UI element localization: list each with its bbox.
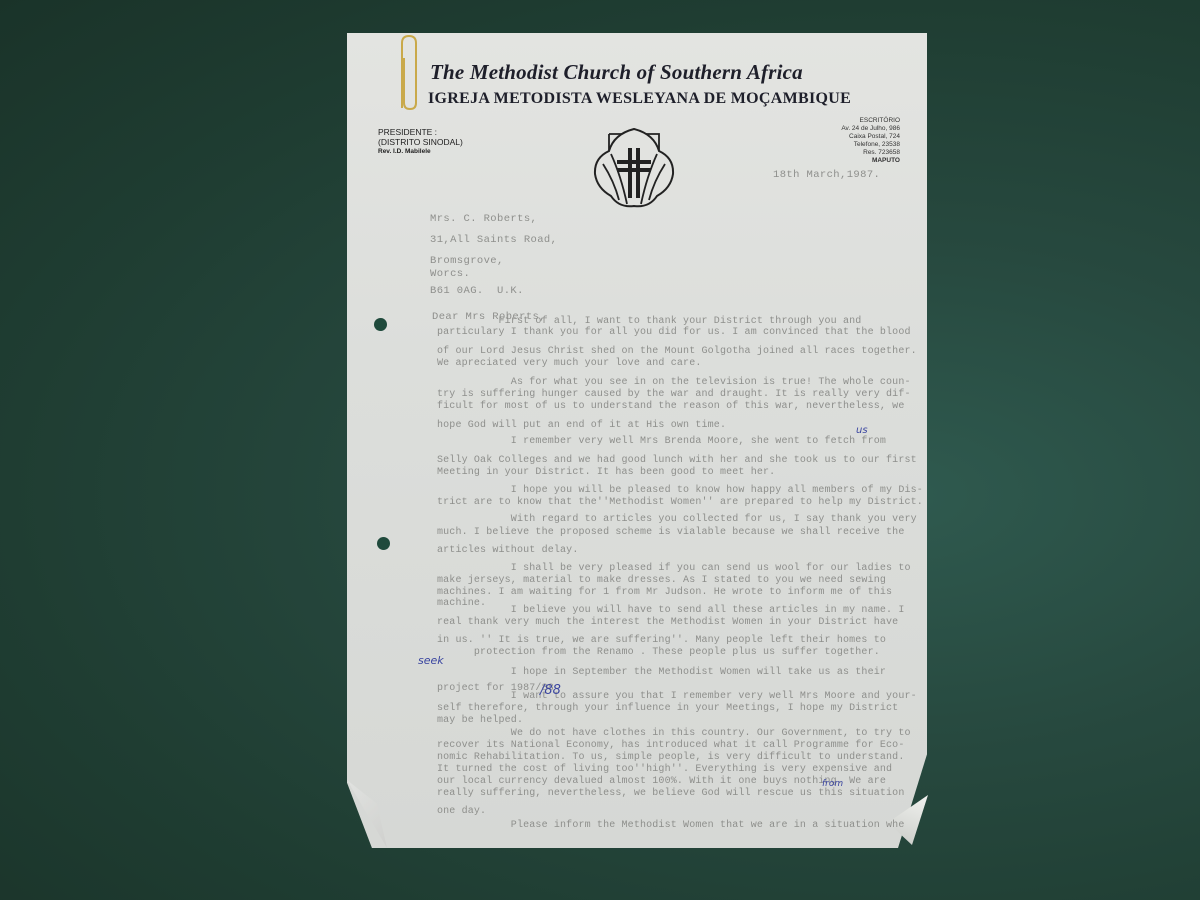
body-line: hope God will put an end of it at His ow… [437,420,726,431]
office-line: Av. 24 de Julho, 986 [790,125,900,133]
paperclip-icon [394,33,424,113]
body-line: As for what you see in on the television… [437,377,911,388]
body-line: ficult for most of us to understand the … [437,401,904,412]
body-line: try is suffering hunger caused by the wa… [437,389,911,400]
body-line: First of all, I want to thank your Distr… [437,316,861,327]
office-label: ESCRITÓRIO [790,117,900,125]
office-line: Caixa Postal, 724 [790,133,900,141]
body-line: articles without delay. [437,545,578,556]
body-line: Meeting in your District. It has been go… [437,467,775,478]
body-line: We do not have clothes in this country. … [437,728,911,739]
letter-date: 18th March,1987. [773,169,880,181]
handwritten-from: from [822,779,843,789]
address-line: Bromsgrove, [430,255,504,267]
body-line: recover its National Economy, has introd… [437,740,904,751]
address-line: 31,All Saints Road, [430,234,557,246]
address-line: Worcs. [430,268,470,280]
president-label: PRESIDENTE : [378,127,463,137]
address-line: Mrs. C. Roberts, [430,213,537,225]
handwritten-us: us [856,425,868,436]
body-line: nomic Rehabilitation. To us, simple peop… [437,752,904,763]
address-line: B61 0AG. U.K. [430,285,524,297]
letterhead-subtitle: IGREJA METODISTA WESLEYANA DE MOÇAMBIQUE [428,90,851,108]
office-line: MAPUTO [790,157,900,165]
punch-hole-top [374,318,387,331]
office-block: ESCRITÓRIO Av. 24 de Julho, 986 Caixa Po… [790,117,900,165]
body-line: protection from the Renamo . These peopl… [437,647,880,658]
body-line: I believe you will have to send all thes… [437,605,904,616]
president-name: Rev. I.D. Mabilele [378,147,463,157]
body-line: our local currency devalued almost 100%.… [437,776,886,787]
body-line: I hope you will be pleased to know how h… [437,485,923,496]
body-line: really suffering, nevertheless, we belie… [437,788,904,799]
president-role: (DISTRITO SINODAL) [378,137,463,147]
punch-hole-bottom [377,537,390,550]
body-line: make jerseys, material to make dresses. … [437,575,886,586]
shell-cross-icon [589,126,679,210]
body-line: I want to assure you that I remember ver… [437,691,917,702]
body-line: self therefore, through your influence i… [437,703,898,714]
body-line: trict are to know that the''Methodist Wo… [437,497,923,508]
body-line: machines. I am waiting for 1 from Mr Jud… [437,587,892,598]
body-line: I remember very well Mrs Brenda Moore, s… [437,436,886,447]
body-line: real thank very much the interest the Me… [437,617,898,628]
handwritten-year: /88 [540,683,561,698]
body-line: Please inform the Methodist Women that w… [437,820,904,831]
body-line: It turned the cost of living too''high''… [437,764,892,775]
body-line: We apreciated very much your love and ca… [437,358,702,369]
president-block: PRESIDENTE : (DISTRITO SINODAL) Rev. I.D… [378,127,463,157]
body-line: I shall be very pleased if you can send … [437,563,911,574]
letterhead-title: The Methodist Church of Southern Africa [430,60,803,85]
body-line: much. I believe the proposed scheme is v… [437,527,904,538]
body-line: Selly Oak Colleges and we had good lunch… [437,455,917,466]
body-line: one day. [437,806,486,817]
office-line: Telefone, 23538 [790,141,900,149]
body-line: of our Lord Jesus Christ shed on the Mou… [437,346,917,357]
office-line: Res. 723658 [790,149,900,157]
body-line: I hope in September the Methodist Women … [437,667,886,678]
body-line: in us. '' It is true, we are suffering''… [437,635,886,646]
body-line: particulary I thank you for all you did … [437,327,911,338]
handwritten-seek: seek [418,654,444,667]
body-line: With regard to articles you collected fo… [437,514,917,525]
body-line: may be helped. [437,715,523,726]
